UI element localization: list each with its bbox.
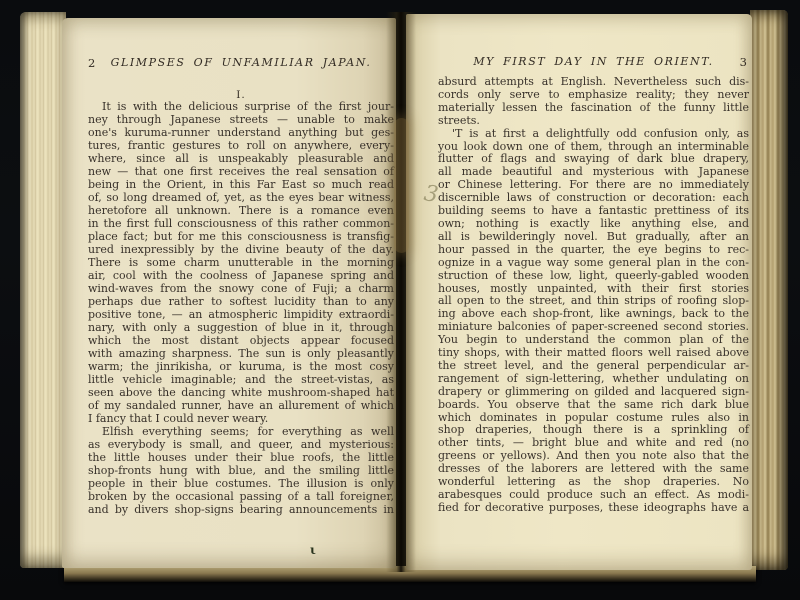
text-line: rangement of sign-lettering, whether und… xyxy=(438,373,749,386)
text-line: ney through Japanese streets — unable to… xyxy=(88,113,394,126)
text-line: hour passed in the quarter, the eye begi… xyxy=(438,244,749,257)
right-page-header: MY FIRST DAY IN THE ORIENT. 3 xyxy=(438,55,749,68)
text-line: perhaps due rather to softest lucidity t… xyxy=(88,295,394,308)
text-line: the little houses under their blue roofs… xyxy=(88,451,394,464)
text-line: being in the Orient, in this Far East so… xyxy=(88,178,394,191)
left-page-header: 2 GLIMPSES OF UNFAMILIAR JAPAN. xyxy=(88,56,394,69)
open-book-scan: 2 GLIMPSES OF UNFAMILIAR JAPAN. I. It is… xyxy=(0,0,800,600)
text-line: It is with the delicious surprise of the… xyxy=(88,100,394,113)
text-line: Elfish everything seems; for everything … xyxy=(88,425,394,438)
text-line: positive tone, — an atmospheric limpidit… xyxy=(88,308,394,321)
text-line: ognize in a vague way some general plan … xyxy=(438,257,749,270)
left-page: 2 GLIMPSES OF UNFAMILIAR JAPAN. I. It is… xyxy=(62,18,396,568)
text-line: as everybody is small, and queer, and my… xyxy=(88,438,394,451)
right-running-title: MY FIRST DAY IN THE ORIENT. xyxy=(473,55,713,68)
ink-blemish-mark: ι xyxy=(310,543,316,557)
text-line: 'T is at first a delightfully odd confus… xyxy=(438,128,749,141)
text-line: arabesques could produce such an effect.… xyxy=(438,489,749,502)
text-line: absurd attempts at English. Nevertheless… xyxy=(438,76,749,89)
text-line: broken by the occasional passing of a ta… xyxy=(88,490,394,503)
text-line: streets. xyxy=(438,115,749,128)
text-line: of, so long dreamed of, yet, as the eyes… xyxy=(88,191,394,204)
text-line: struction of these low, light, queerly-g… xyxy=(438,270,749,283)
text-line: of my sandaled runner, have an alluremen… xyxy=(88,399,394,412)
right-page: MY FIRST DAY IN THE ORIENT. 3 3 absurd a… xyxy=(406,14,752,570)
gutter-wear-patch xyxy=(394,118,409,253)
text-line: fied for decorative purposes, these ideo… xyxy=(438,502,749,515)
text-line: new — that one first receives the real s… xyxy=(88,165,394,178)
left-page-text: It is with the delicious surprise of the… xyxy=(88,100,394,516)
text-line: air, cool with the coolness of Japanese … xyxy=(88,269,394,282)
text-line: in the first full consciousness of this … xyxy=(88,217,394,230)
text-line: tiny shops, with their matted floors wel… xyxy=(438,347,749,360)
text-line: one's kuruma-runner understand anything … xyxy=(88,126,394,139)
right-page-text: absurd attempts at English. Nevertheless… xyxy=(438,76,749,515)
text-line: with amazing sharpness. The sun is only … xyxy=(88,347,394,360)
text-line: materially lessen the fascination of the… xyxy=(438,102,749,115)
text-line: warm; the jinrikisha, or kuruma, is the … xyxy=(88,360,394,373)
left-page-number: 2 xyxy=(88,56,95,70)
text-line: little vehicle imaginable; and the stree… xyxy=(88,373,394,386)
text-line: seen above the dancing white mushroom-sh… xyxy=(88,386,394,399)
text-line: There is some charm unutterable in the m… xyxy=(88,256,394,269)
left-running-title: GLIMPSES OF UNFAMILIAR JAPAN. xyxy=(111,56,372,69)
text-line: all is bewilderingly novel. But graduall… xyxy=(438,231,749,244)
text-line: drapery or glimmering on gilded and lacq… xyxy=(438,386,749,399)
text-line: heretofore all unknown. There is a roman… xyxy=(88,204,394,217)
text-line: wind-waves from the snowy cone of Fuji; … xyxy=(88,282,394,295)
text-line: where, since all is unspeakably pleasura… xyxy=(88,152,394,165)
text-line: own; nothing is exactly like anything el… xyxy=(438,218,749,231)
text-line: boards. You observe that the same rich d… xyxy=(438,399,749,412)
text-line: cords only serve to emphasize reality; t… xyxy=(438,89,749,102)
text-line: which the most distant objects appear fo… xyxy=(88,334,394,347)
text-line: place fact; but for me this consciousnes… xyxy=(88,230,394,243)
text-line: nary, with only a suggestion of blue in … xyxy=(88,321,394,334)
text-line: and by divers shop-signs bearing announc… xyxy=(88,503,394,516)
left-page-edge-stack xyxy=(20,12,66,568)
text-line: ured inexpressibly by the divine beauty … xyxy=(88,243,394,256)
text-line: I fancy that I could never weary. xyxy=(88,412,394,425)
book-gutter-shadow xyxy=(386,12,416,572)
right-page-number: 3 xyxy=(740,55,747,69)
text-line: shop-fronts hung with blue, and the smil… xyxy=(88,464,394,477)
right-page-edge-stack xyxy=(750,10,788,570)
text-line: the street level, and the general perpen… xyxy=(438,360,749,373)
text-line: tures, frantic gestures to roll on anywh… xyxy=(88,139,394,152)
text-line: people in their blue costumes. The illus… xyxy=(88,477,394,490)
